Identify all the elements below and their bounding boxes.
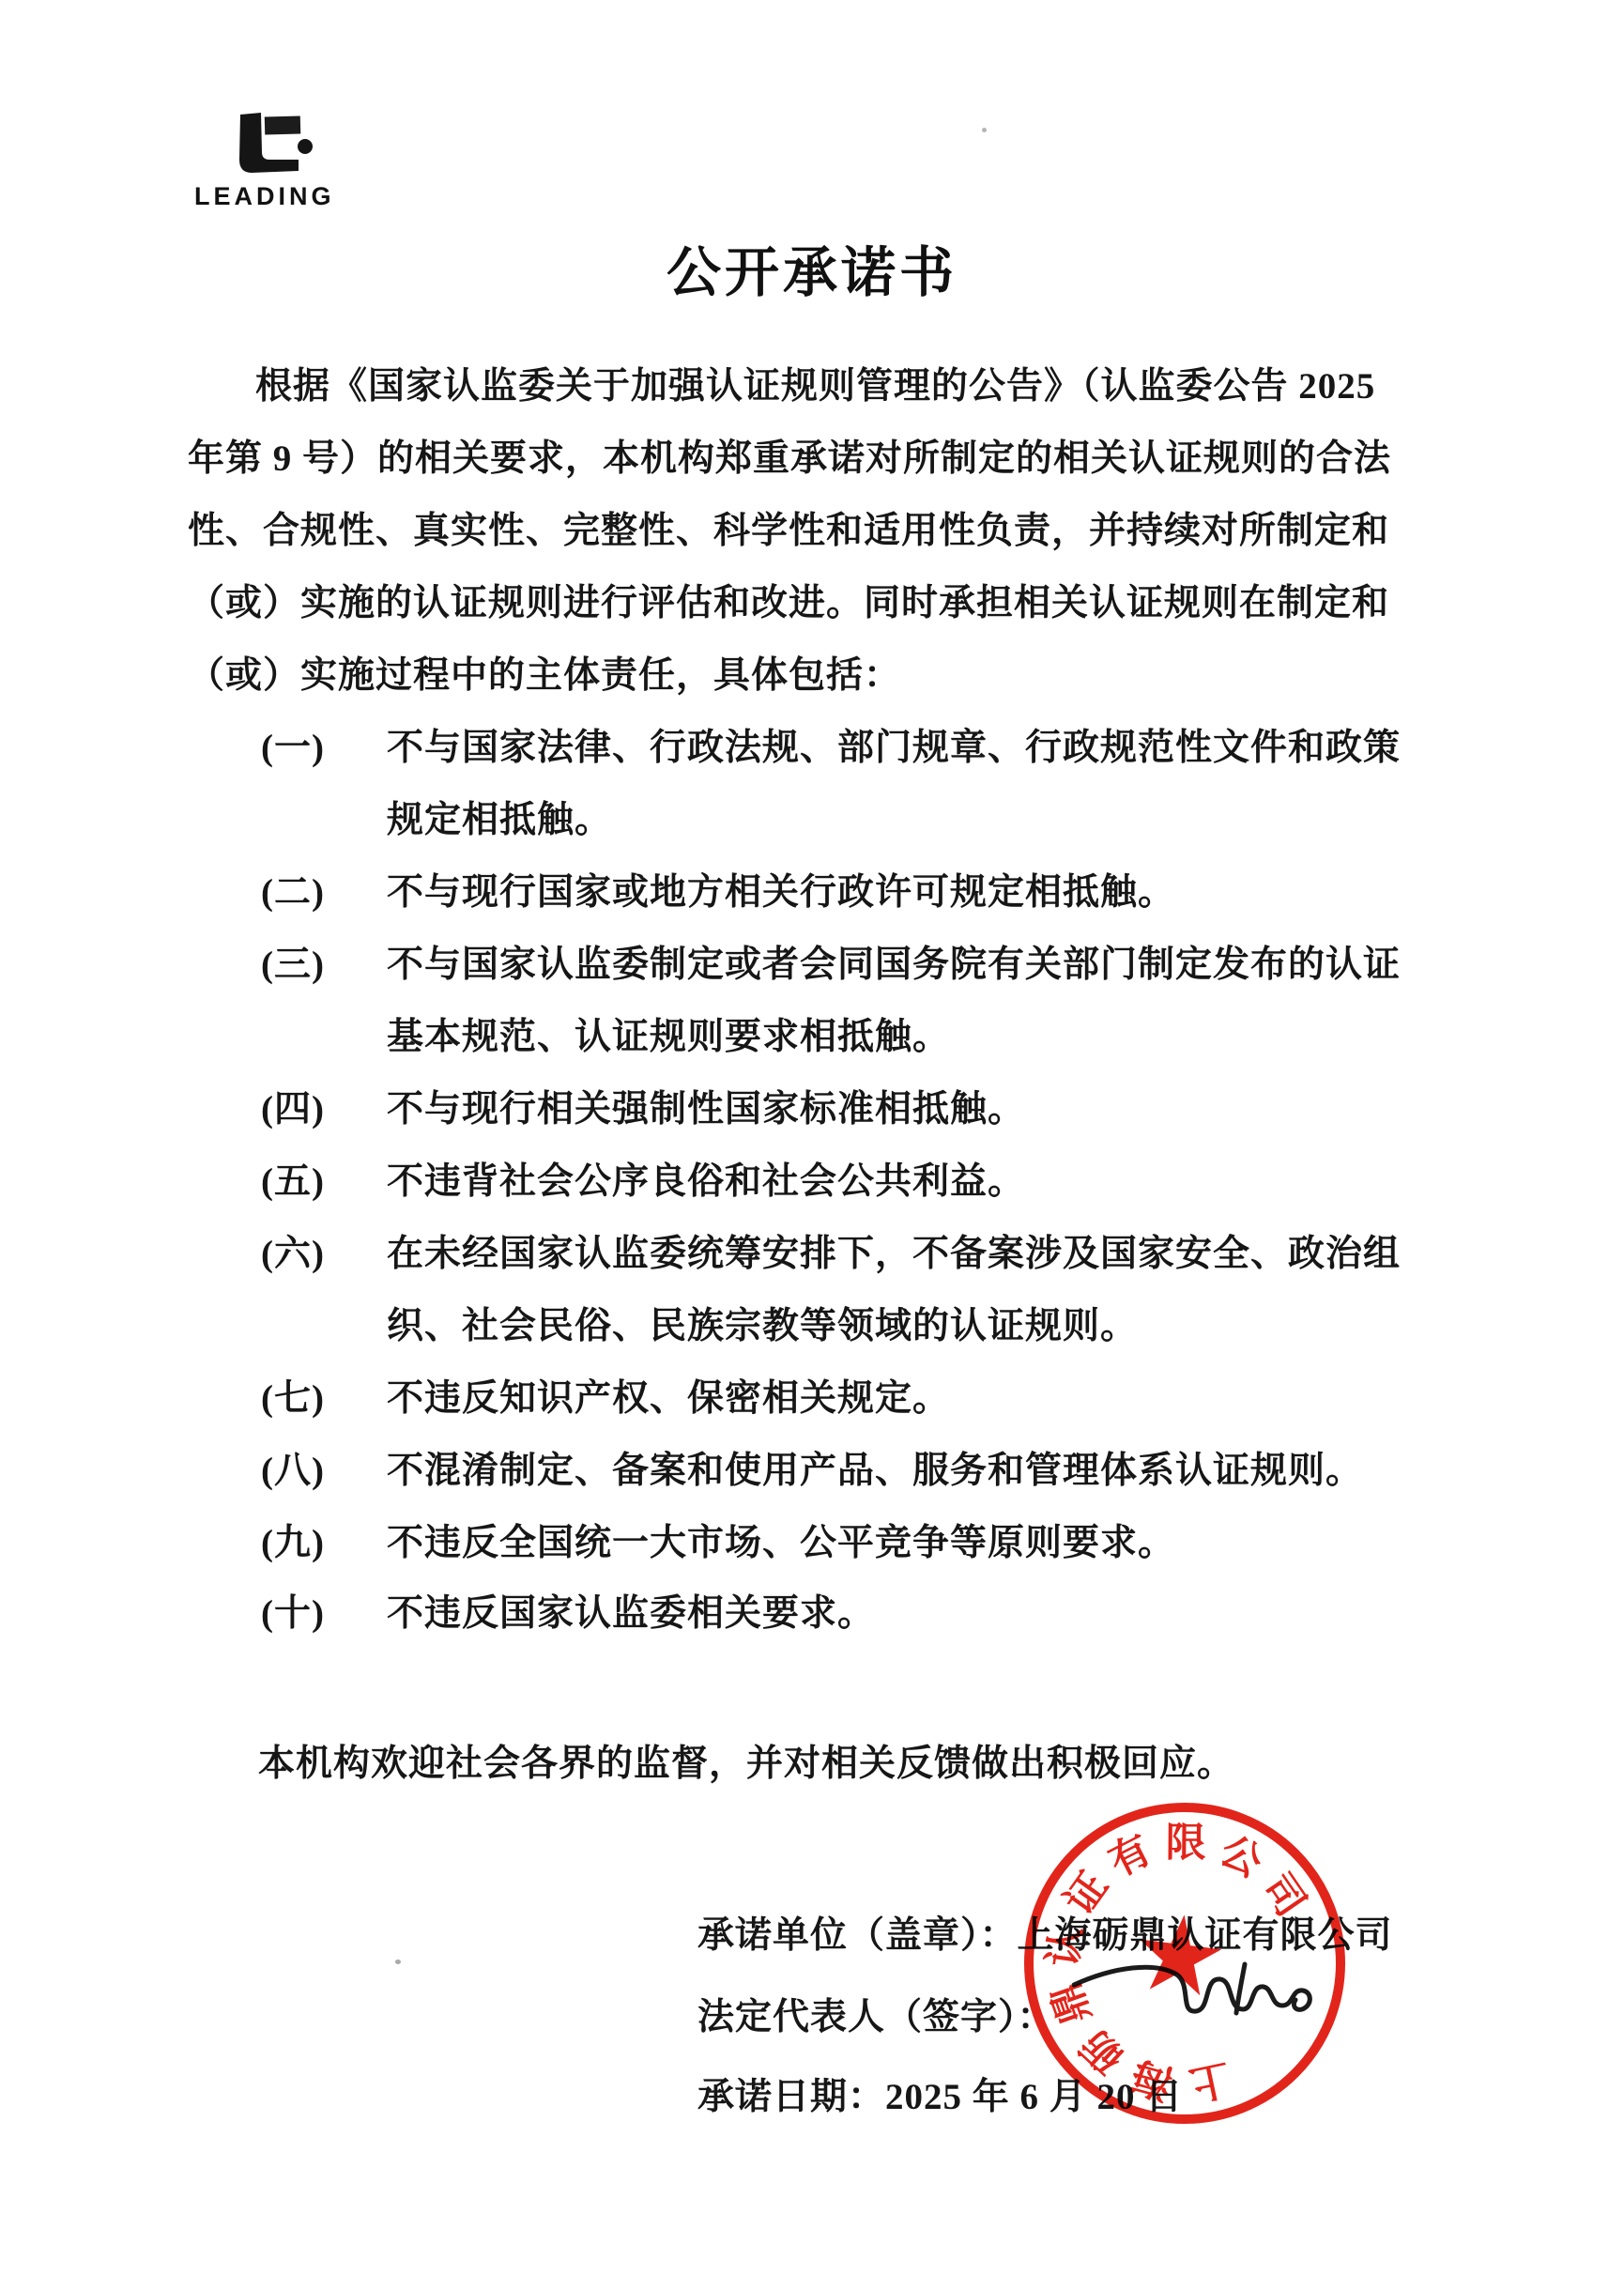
clause-number: (八)	[261, 1449, 325, 1494]
clause-text: 不混淆制定、备案和使用产品、服务和管理体系认证规则。	[387, 1449, 1363, 1494]
clause-text: 不违反知识产权、保密相关规定。	[387, 1376, 950, 1422]
svg-text:有: 有	[1102, 1827, 1158, 1885]
clause-number: (十)	[261, 1591, 325, 1637]
document-page: LEADING 公开承诺书 根据《国家认监委关于加强认证规则管理的公告》（认监委…	[0, 0, 1624, 2275]
clause-number: (二)	[261, 870, 325, 915]
intro-line: （或）实施的认证规则进行评估和改进。同时承担相关认证规则在制定和	[188, 581, 1389, 626]
svg-text:证: 证	[1057, 1864, 1117, 1923]
clause-text: 不违反国家认监委相关要求。	[387, 1591, 875, 1637]
intro-line: 年第 9 号）的相关要求，本机构郑重承诺对所制定的相关认证规则的合法	[188, 437, 1391, 482]
clause-text: 在未经国家认监委统筹安排下，不备案涉及国家安全、政治组	[387, 1232, 1401, 1277]
logo-brand-text: LEADING	[194, 182, 335, 211]
clause-number: (六)	[261, 1232, 325, 1277]
scan-speck	[395, 1960, 401, 1964]
scan-speck	[982, 128, 987, 132]
clause-text: 不违反全国统一大市场、公平竞争等原则要求。	[387, 1521, 1175, 1566]
svg-text:海: 海	[1127, 2052, 1178, 2106]
unit-label: 承诺单位（盖章）：	[697, 1915, 1018, 1956]
clause-number: (九)	[261, 1521, 325, 1566]
date-label: 承诺日期：	[697, 2077, 885, 2117]
svg-text:上: 上	[1186, 2054, 1234, 2107]
closing-line: 本机构欢迎社会各界的监督，并对相关反馈做出积极回应。	[258, 1742, 1234, 1787]
leading-c-mark-icon	[233, 109, 315, 182]
rep-label: 法定代表人（签字）：	[697, 1997, 1055, 2037]
clause-text: 规定相抵触。	[387, 798, 612, 843]
clause-text: 基本规范、认证规则要求相抵触。	[387, 1015, 950, 1060]
clause-text: 不与现行相关强制性国家标准相抵触。	[387, 1087, 1025, 1132]
clause-number: (一)	[261, 726, 325, 771]
handwritten-signature	[1061, 1951, 1371, 2045]
clause-number: (五)	[261, 1160, 325, 1205]
intro-line: 性、合规性、真实性、完整性、科学性和适用性负责，并持续对所制定和	[188, 509, 1389, 554]
clause-text: 不违背社会公序良俗和社会公共利益。	[387, 1160, 1025, 1205]
clause-number: (四)	[261, 1087, 325, 1132]
clause-text: 织、社会民俗、民族宗教等领域的认证规则。	[387, 1304, 1138, 1349]
svg-text:限: 限	[1165, 1822, 1205, 1866]
svg-text:公: 公	[1213, 1829, 1269, 1887]
clause-number: (七)	[261, 1376, 325, 1422]
svg-text:司: 司	[1254, 1867, 1313, 1925]
intro-line: （或）实施过程中的主体责任，具体包括：	[188, 653, 901, 699]
clause-text: 不与国家法律、行政法规、部门规章、行政规范性文件和政策	[387, 726, 1401, 771]
representative-line: 法定代表人（签字）：	[697, 1995, 1055, 2040]
clause-number: (三)	[261, 943, 325, 988]
clause-text: 不与国家认监委制定或者会同国务院有关部门制定发布的认证	[387, 943, 1401, 988]
page-title: 公开承诺书	[0, 228, 1624, 307]
clause-text: 不与现行国家或地方相关行政许可规定相抵触。	[387, 870, 1175, 915]
intro-line: 根据《国家认监委关于加强认证规则管理的公告》（认监委公告 2025	[255, 364, 1375, 409]
